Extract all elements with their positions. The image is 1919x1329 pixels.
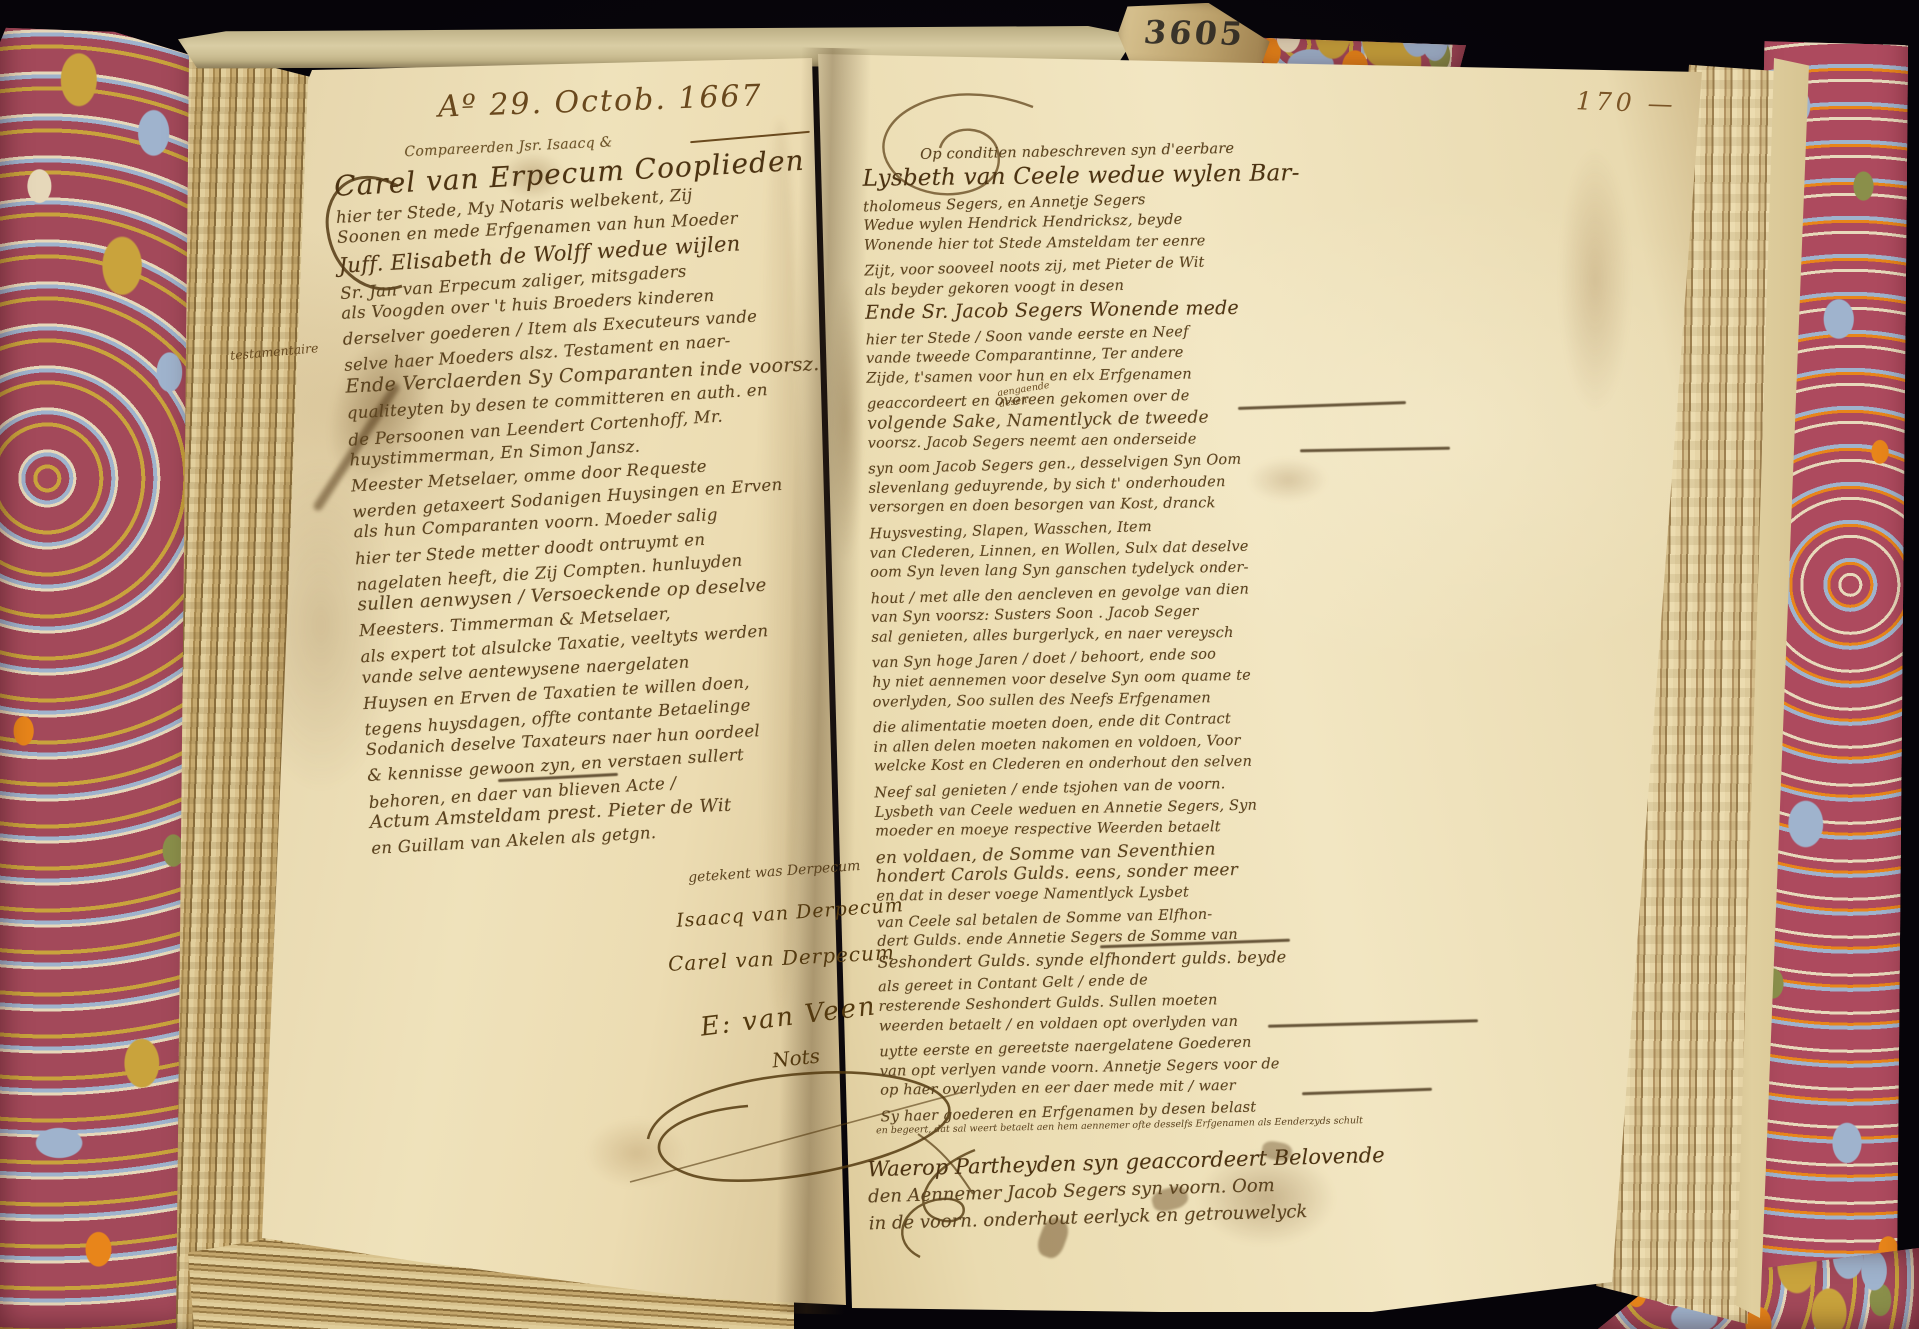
right-page-text: Op conditien nabeschreven syn d'eerbareL… [862,132,1601,1126]
page-number: 170 — [1576,86,1678,118]
manuscript-photograph: 3605 Aº 29. Octob. 1667 testamentaire Co… [0,0,1919,1329]
left-page-text: Compareerden Jsr. Isaacq &Carel van Erpe… [332,118,871,861]
archive-number: 3605 [1142,13,1248,53]
marbled-cover-left [0,0,197,1329]
notary-title: Nots [771,1044,821,1073]
